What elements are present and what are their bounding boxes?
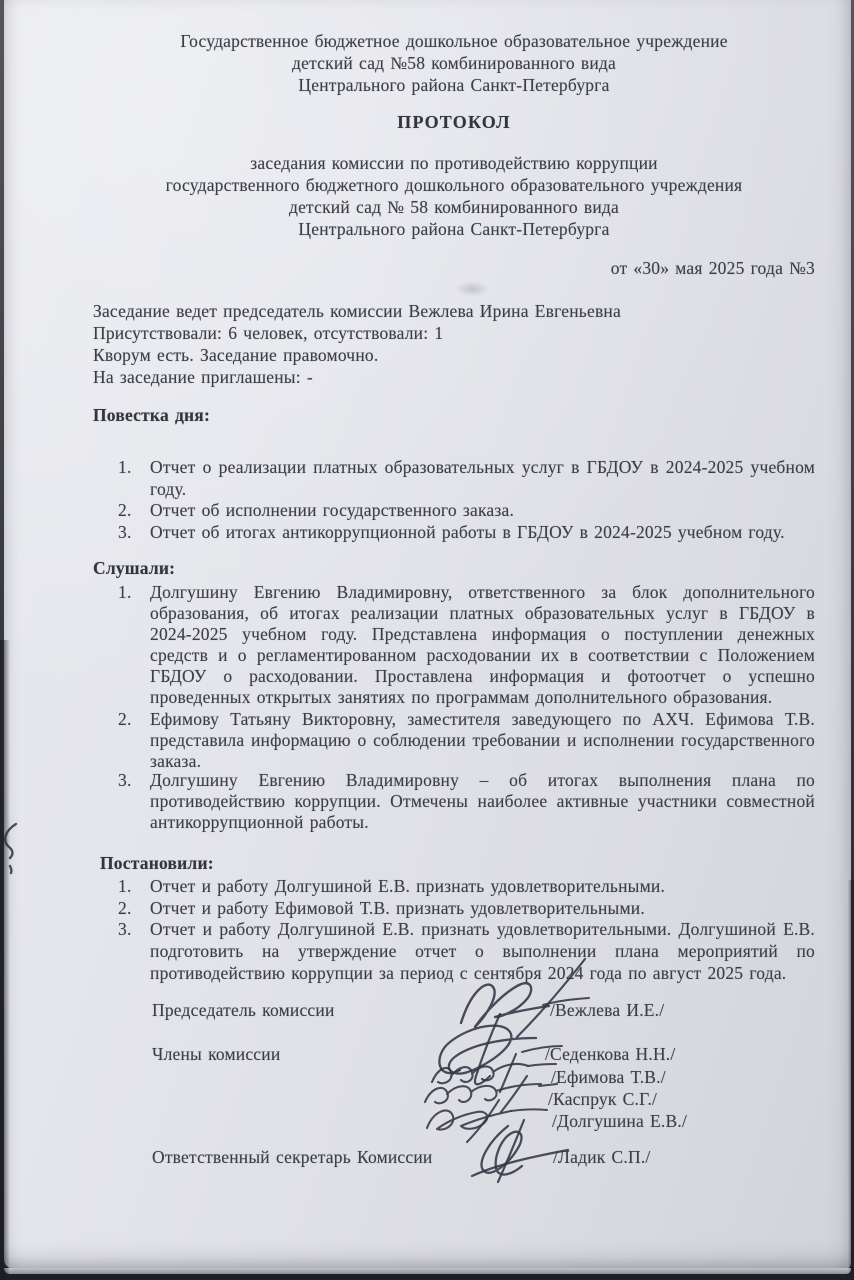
subtitle-line-3: детский сад № 58 комбинированного вида	[93, 196, 815, 218]
agenda-heading: Повестка дня:	[93, 404, 815, 426]
agenda-item-3-number: 3.	[118, 521, 132, 543]
heard-item-2-number: 2.	[118, 709, 132, 730]
resolved-item-3: 3. Отчет и работу Долгушиной Е.В. призна…	[93, 918, 815, 984]
heard-item-1-number: 1.	[118, 582, 132, 603]
org-name-line-2: детский сад №58 комбинированного вида	[93, 52, 815, 74]
ink-smudge	[455, 281, 489, 297]
heard-item-2: 2. Ефимову Татьяну Викторовну, заместите…	[93, 709, 815, 772]
heard-item-3-number: 3.	[118, 770, 132, 791]
agenda-item-2: 2. Отчет об исполнении государственного …	[93, 499, 815, 521]
resolved-item-3-number: 3.	[118, 918, 132, 940]
document-title: ПРОТОКОЛ	[93, 111, 815, 133]
resolved-item-2-number: 2.	[118, 897, 132, 919]
subtitle-line-2: государственного бюджетного дошкольного …	[93, 174, 815, 196]
member-name-2-label: /Ефимова Т.В./	[551, 1066, 811, 1088]
right-edge-shadow	[848, 880, 854, 1280]
chair-role-label: Председатель комиссии	[152, 999, 532, 1021]
member-name-3-label: /Каспрук С.Г./	[548, 1088, 808, 1110]
agenda-item-2-number: 2.	[118, 499, 132, 521]
resolved-item-1-text: Отчет и работу Долгушиной Е.В. признать …	[150, 876, 665, 896]
resolved-item-1-number: 1.	[118, 875, 132, 897]
paper-bottom-edge	[4, 1268, 851, 1274]
subtitle-line-4: Центрального района Санкт-Петербурга	[93, 218, 815, 240]
resolved-item-2: 2. Отчет и работу Ефимовой Т.В. признать…	[93, 897, 815, 919]
org-name-line-1: Государственное бюджетное дошкольное обр…	[93, 30, 815, 52]
heard-item-2-text: Ефимову Татьяну Викторовну, заместителя …	[150, 709, 815, 771]
date-number-line: от «30» мая 2025 года №3	[93, 257, 815, 279]
intro-line-3: Кворум есть. Заседание правомочно.	[93, 344, 815, 366]
agenda-item-1-text: Отчет о реализации платных образовательн…	[150, 457, 815, 499]
heard-heading: Слушали:	[93, 557, 815, 579]
intro-line-4: На заседание приглашены: -	[93, 366, 815, 388]
agenda-item-1-number: 1.	[118, 456, 132, 478]
intro-line-2: Присутствовали: 6 человек, отсутствовали…	[93, 322, 815, 344]
agenda-item-1: 1. Отчет о реализации платных образовате…	[93, 456, 815, 500]
member-name-4-label: /Долгушина Е.В./	[552, 1110, 812, 1132]
resolved-item-2-text: Отчет и работу Ефимовой Т.В. признать уд…	[150, 898, 645, 918]
subtitle-line-1: заседания комиссии по противодействию ко…	[93, 152, 815, 174]
secretary-name-label: /Ладик С.П./	[553, 1146, 813, 1168]
chair-name-label: /Вежлева И.Е./	[550, 999, 810, 1021]
heard-item-3: 3. Долгушину Евгению Владимировну – об и…	[93, 770, 815, 833]
agenda-item-3-text: Отчет об итогах антикоррупционной работы…	[150, 522, 785, 542]
secretary-role-label: Ответственный секретарь Комиссии	[152, 1146, 532, 1168]
heard-item-1: 1. Долгушину Евгению Владимировну, ответ…	[93, 582, 815, 708]
heard-item-1-text: Долгушину Евгению Владимировну, ответств…	[150, 582, 815, 707]
org-name-line-3: Центрального района Санкт-Петербурга	[93, 74, 815, 96]
left-edge-shadow	[0, 640, 10, 1280]
members-role-label: Члены комиссии	[152, 1043, 532, 1065]
photographed-document-page: Государственное бюджетное дошкольное обр…	[0, 0, 854, 1280]
agenda-item-3: 3. Отчет об итогах антикоррупционной раб…	[93, 521, 815, 543]
agenda-item-2-text: Отчет об исполнении государственного зак…	[150, 500, 514, 520]
resolved-heading: Постановили:	[100, 852, 822, 874]
resolved-item-1: 1. Отчет и работу Долгушиной Е.В. призна…	[93, 875, 815, 897]
heard-item-3-text: Долгушину Евгению Владимировну – об итог…	[150, 770, 815, 832]
resolved-item-3-text: Отчет и работу Долгушиной Е.В. признать …	[150, 919, 815, 983]
intro-line-1: Заседание ведет председатель комиссии Ве…	[93, 300, 815, 322]
member-name-1-label: /Седенкова Н.Н./	[545, 1043, 805, 1065]
